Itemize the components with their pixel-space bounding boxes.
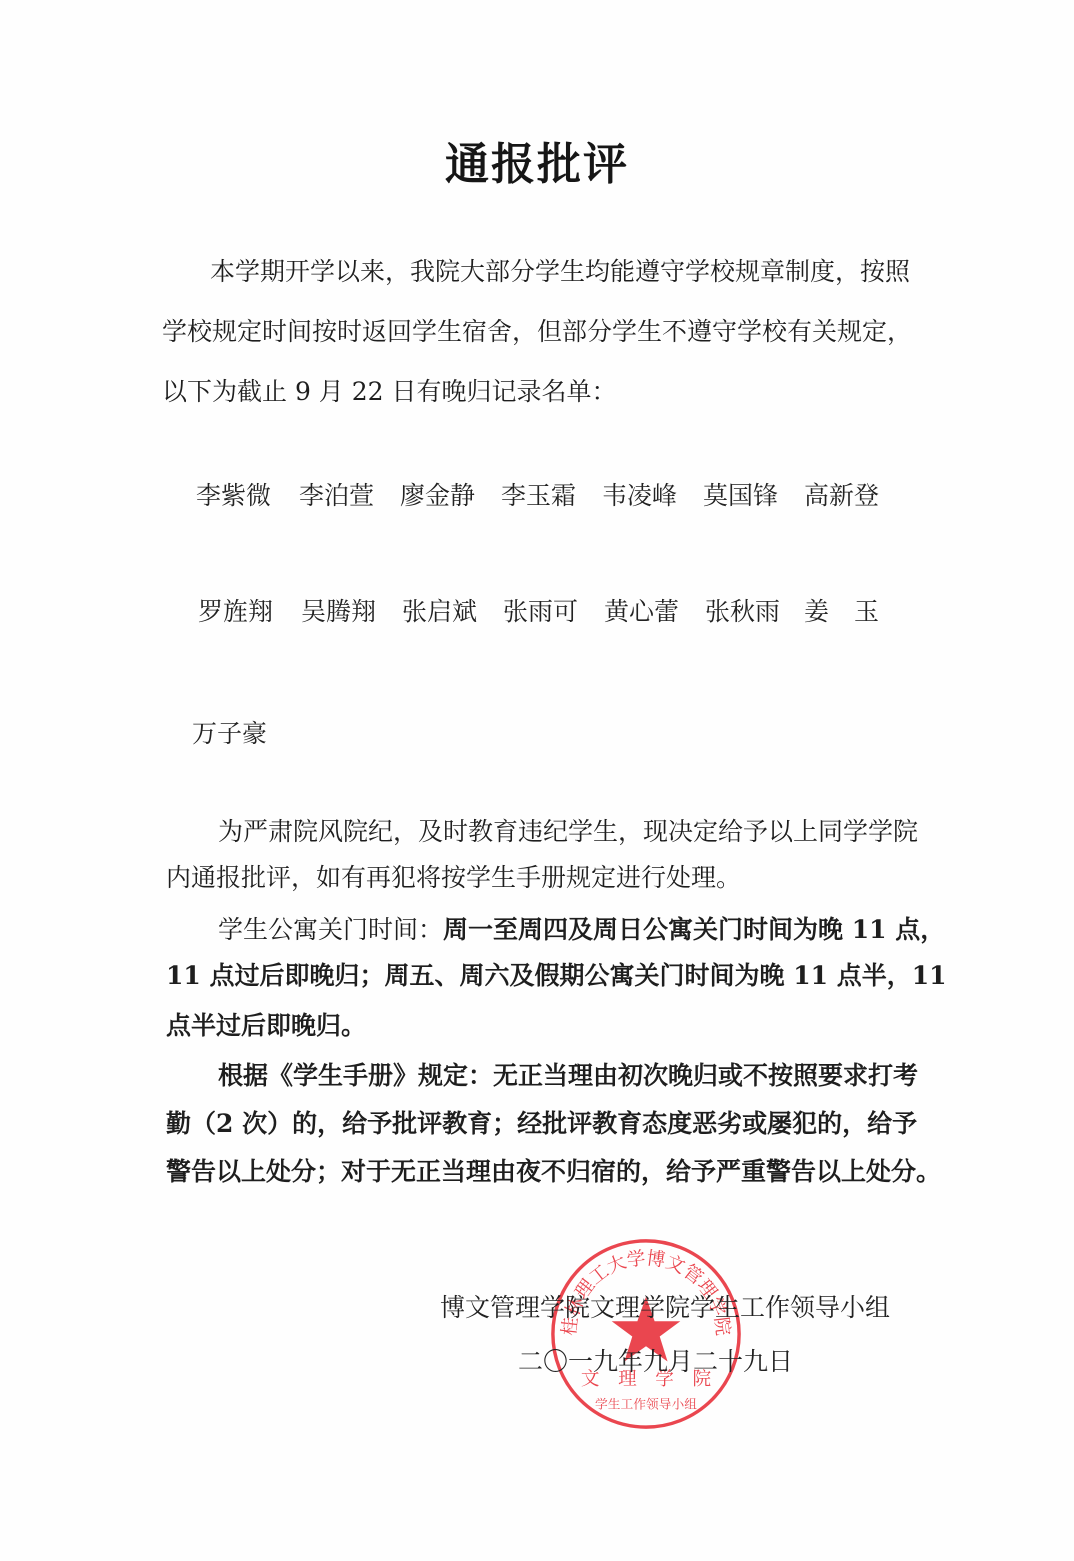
student-name: 韦凌峰 — [602, 476, 677, 512]
paragraph-1-line-3: 以下为截止 9 月 22 日有晚归记录名单： — [162, 372, 617, 408]
student-name: 高新登 — [804, 476, 879, 512]
student-name: 李紫微 — [196, 476, 271, 512]
paragraph-1-line-2: 学校规定时间按时返回学生宿舍，但部分学生不遵守学校有关规定， — [162, 312, 912, 348]
signature-organization: 博文管理学院文理学院学生工作领导小组 — [440, 1288, 890, 1324]
student-name: 廖金静 — [400, 476, 475, 512]
document-page: 通报批评 本学期开学以来，我院大部分学生均能遵守学校规章制度，按照 学校规定时间… — [0, 0, 1074, 1561]
apartment-hours-weekday: 周一至周四及周日公寓关门时间为晚 11 点， — [443, 915, 945, 944]
seal-bottom-text: 学生工作领导小组 — [595, 1396, 697, 1412]
signature-date: 二〇一九年九月二十九日 — [518, 1342, 793, 1378]
paragraph-3-line-1: 学生公寓关门时间：周一至周四及周日公寓关门时间为晚 11 点， — [218, 910, 945, 946]
paragraph-1-line-1: 本学期开学以来，我院大部分学生均能遵守学校规章制度，按照 — [210, 252, 910, 288]
paragraph-2-line-1: 为严肃院风院纪，及时教育违纪学生，现决定给予以上同学学院 — [218, 812, 918, 848]
apartment-hours-lead: 学生公寓关门时间： — [218, 915, 443, 944]
document-title: 通报批评 — [0, 128, 1074, 192]
paragraph-4-line-3: 警告以上处分；对于无正当理由夜不归宿的，给予严重警告以上处分。 — [166, 1152, 941, 1188]
paragraph-4-line-1: 根据《学生手册》规定：无正当理由初次晚归或不按照要求打考 — [218, 1056, 918, 1092]
student-name: 黄心蕾 — [604, 592, 679, 628]
student-name: 万子豪 — [192, 714, 267, 750]
student-name: 吴腾翔 — [301, 592, 376, 628]
paragraph-2-line-2: 内通报批评，如有再犯将按学生手册规定进行处理。 — [166, 858, 741, 894]
official-seal-icon: 桂林理工大学博文管理学院 文 理 学 院 学生工作领导小组 — [548, 1236, 744, 1432]
student-name: 莫国锋 — [703, 476, 778, 512]
student-name: 李玉霜 — [501, 476, 576, 512]
student-name: 张雨可 — [503, 592, 578, 628]
student-name: 罗旌翔 — [198, 592, 273, 628]
paragraph-3-line-2: 11 点过后即晚归；周五、周六及假期公寓关门时间为晚 11 点半，11 — [166, 956, 946, 992]
student-name: 张启斌 — [402, 592, 477, 628]
paragraph-3-line-3: 点半过后即晚归。 — [166, 1006, 366, 1042]
student-name: 张秋雨 — [705, 592, 780, 628]
student-name: 李泊萱 — [299, 476, 374, 512]
paragraph-4-line-2: 勤（2 次）的，给予批评教育；经批评教育态度恶劣或屡犯的，给予 — [166, 1104, 917, 1140]
student-name: 姜 玉 — [804, 592, 879, 628]
